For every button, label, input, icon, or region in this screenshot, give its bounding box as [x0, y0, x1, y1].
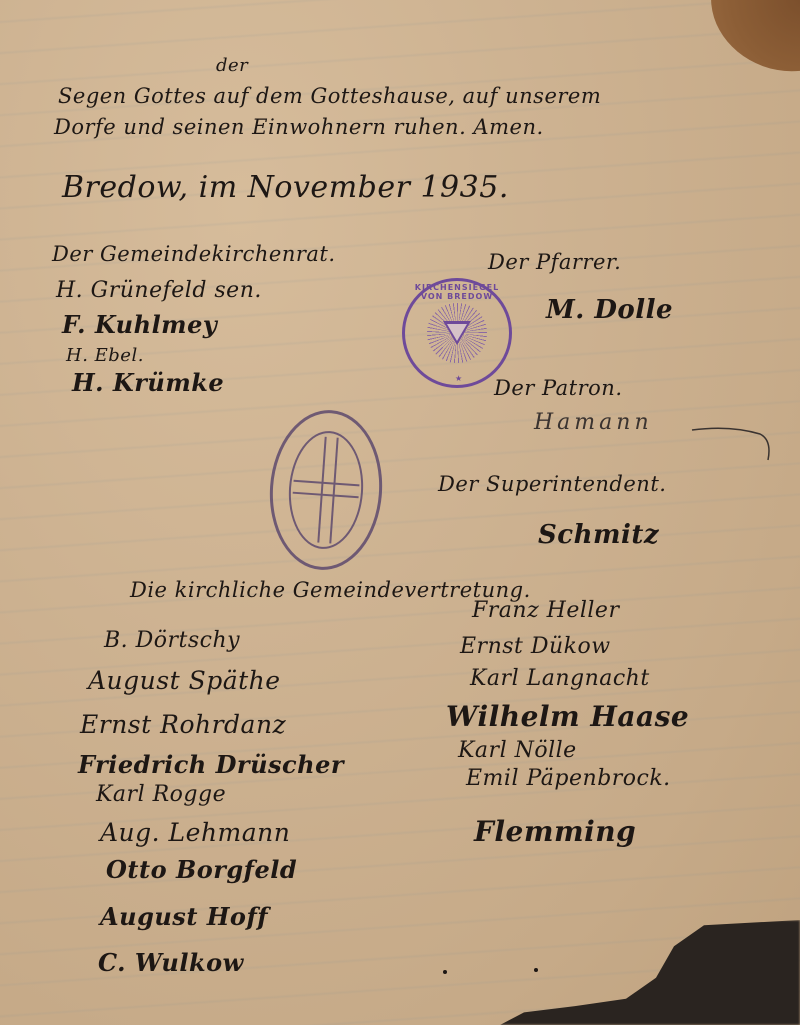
superintendent-heading: Der Superintendent. — [438, 472, 666, 496]
council-member: F. Kuhlmey — [62, 310, 217, 339]
page-corner-shadow — [692, 0, 800, 92]
representative-left: Ernst Rohrdanz — [80, 710, 286, 739]
representative-left: Friedrich Drüscher — [78, 750, 344, 779]
church-seal-oval — [265, 406, 388, 573]
representative-right: Franz Heller — [472, 598, 619, 623]
pastor-signature: M. Dolle — [546, 295, 673, 325]
representative-left: Otto Borgfeld — [106, 855, 297, 884]
council-member: H. Krümke — [72, 368, 224, 397]
triangle-inner — [447, 324, 467, 341]
church-seal-round: KIRCHENSIEGEL VON BREDOW ★ — [402, 278, 512, 388]
ink-dot — [534, 968, 538, 972]
representative-left: Karl Rogge — [96, 782, 226, 807]
council-member: H. Ebel. — [66, 345, 144, 366]
representative-left: C. Wulkow — [98, 948, 244, 977]
signature-flourish — [690, 420, 780, 470]
representative-right: Emil Päpenbrock. — [466, 766, 671, 791]
finger-shadow — [500, 920, 800, 1025]
representative-right: Flemming — [474, 815, 636, 848]
representative-left: Aug. Lehmann — [100, 818, 290, 847]
place-date: Bredow, im November 1935. — [62, 170, 509, 205]
patron-signature: Hamann — [534, 410, 653, 435]
council-member: H. Grünefeld sen. — [56, 278, 262, 303]
ink-dot — [443, 970, 447, 974]
representative-left: August Hoff — [100, 902, 268, 931]
representative-left: B. Dörtschy — [104, 628, 240, 653]
superintendent-signature: Schmitz — [538, 520, 659, 550]
council-heading: Der Gemeindekirchenrat. — [52, 242, 336, 266]
document-page: der Segen Gottes auf dem Gotteshause, au… — [0, 0, 800, 1025]
patron-heading: Der Patron. — [494, 376, 623, 400]
insertion-text: der — [216, 55, 248, 76]
representative-right: Ernst Dükow — [460, 634, 611, 659]
representation-heading: Die kirchliche Gemeindevertretung. — [130, 578, 531, 602]
representative-left: August Späthe — [88, 666, 281, 695]
body-line-1: Segen Gottes auf dem Gotteshause, auf un… — [58, 84, 601, 108]
representative-right: Wilhelm Haase — [446, 700, 689, 733]
body-line-2: Dorfe und seinen Einwohnern ruhen. Amen. — [54, 115, 544, 139]
representative-right: Karl Nölle — [458, 738, 577, 763]
star-icon: ★ — [455, 374, 462, 383]
seal-text: KIRCHENSIEGEL VON BREDOW — [405, 283, 509, 301]
pastor-heading: Der Pfarrer. — [488, 250, 621, 274]
representative-right: Karl Langnacht — [470, 666, 650, 691]
